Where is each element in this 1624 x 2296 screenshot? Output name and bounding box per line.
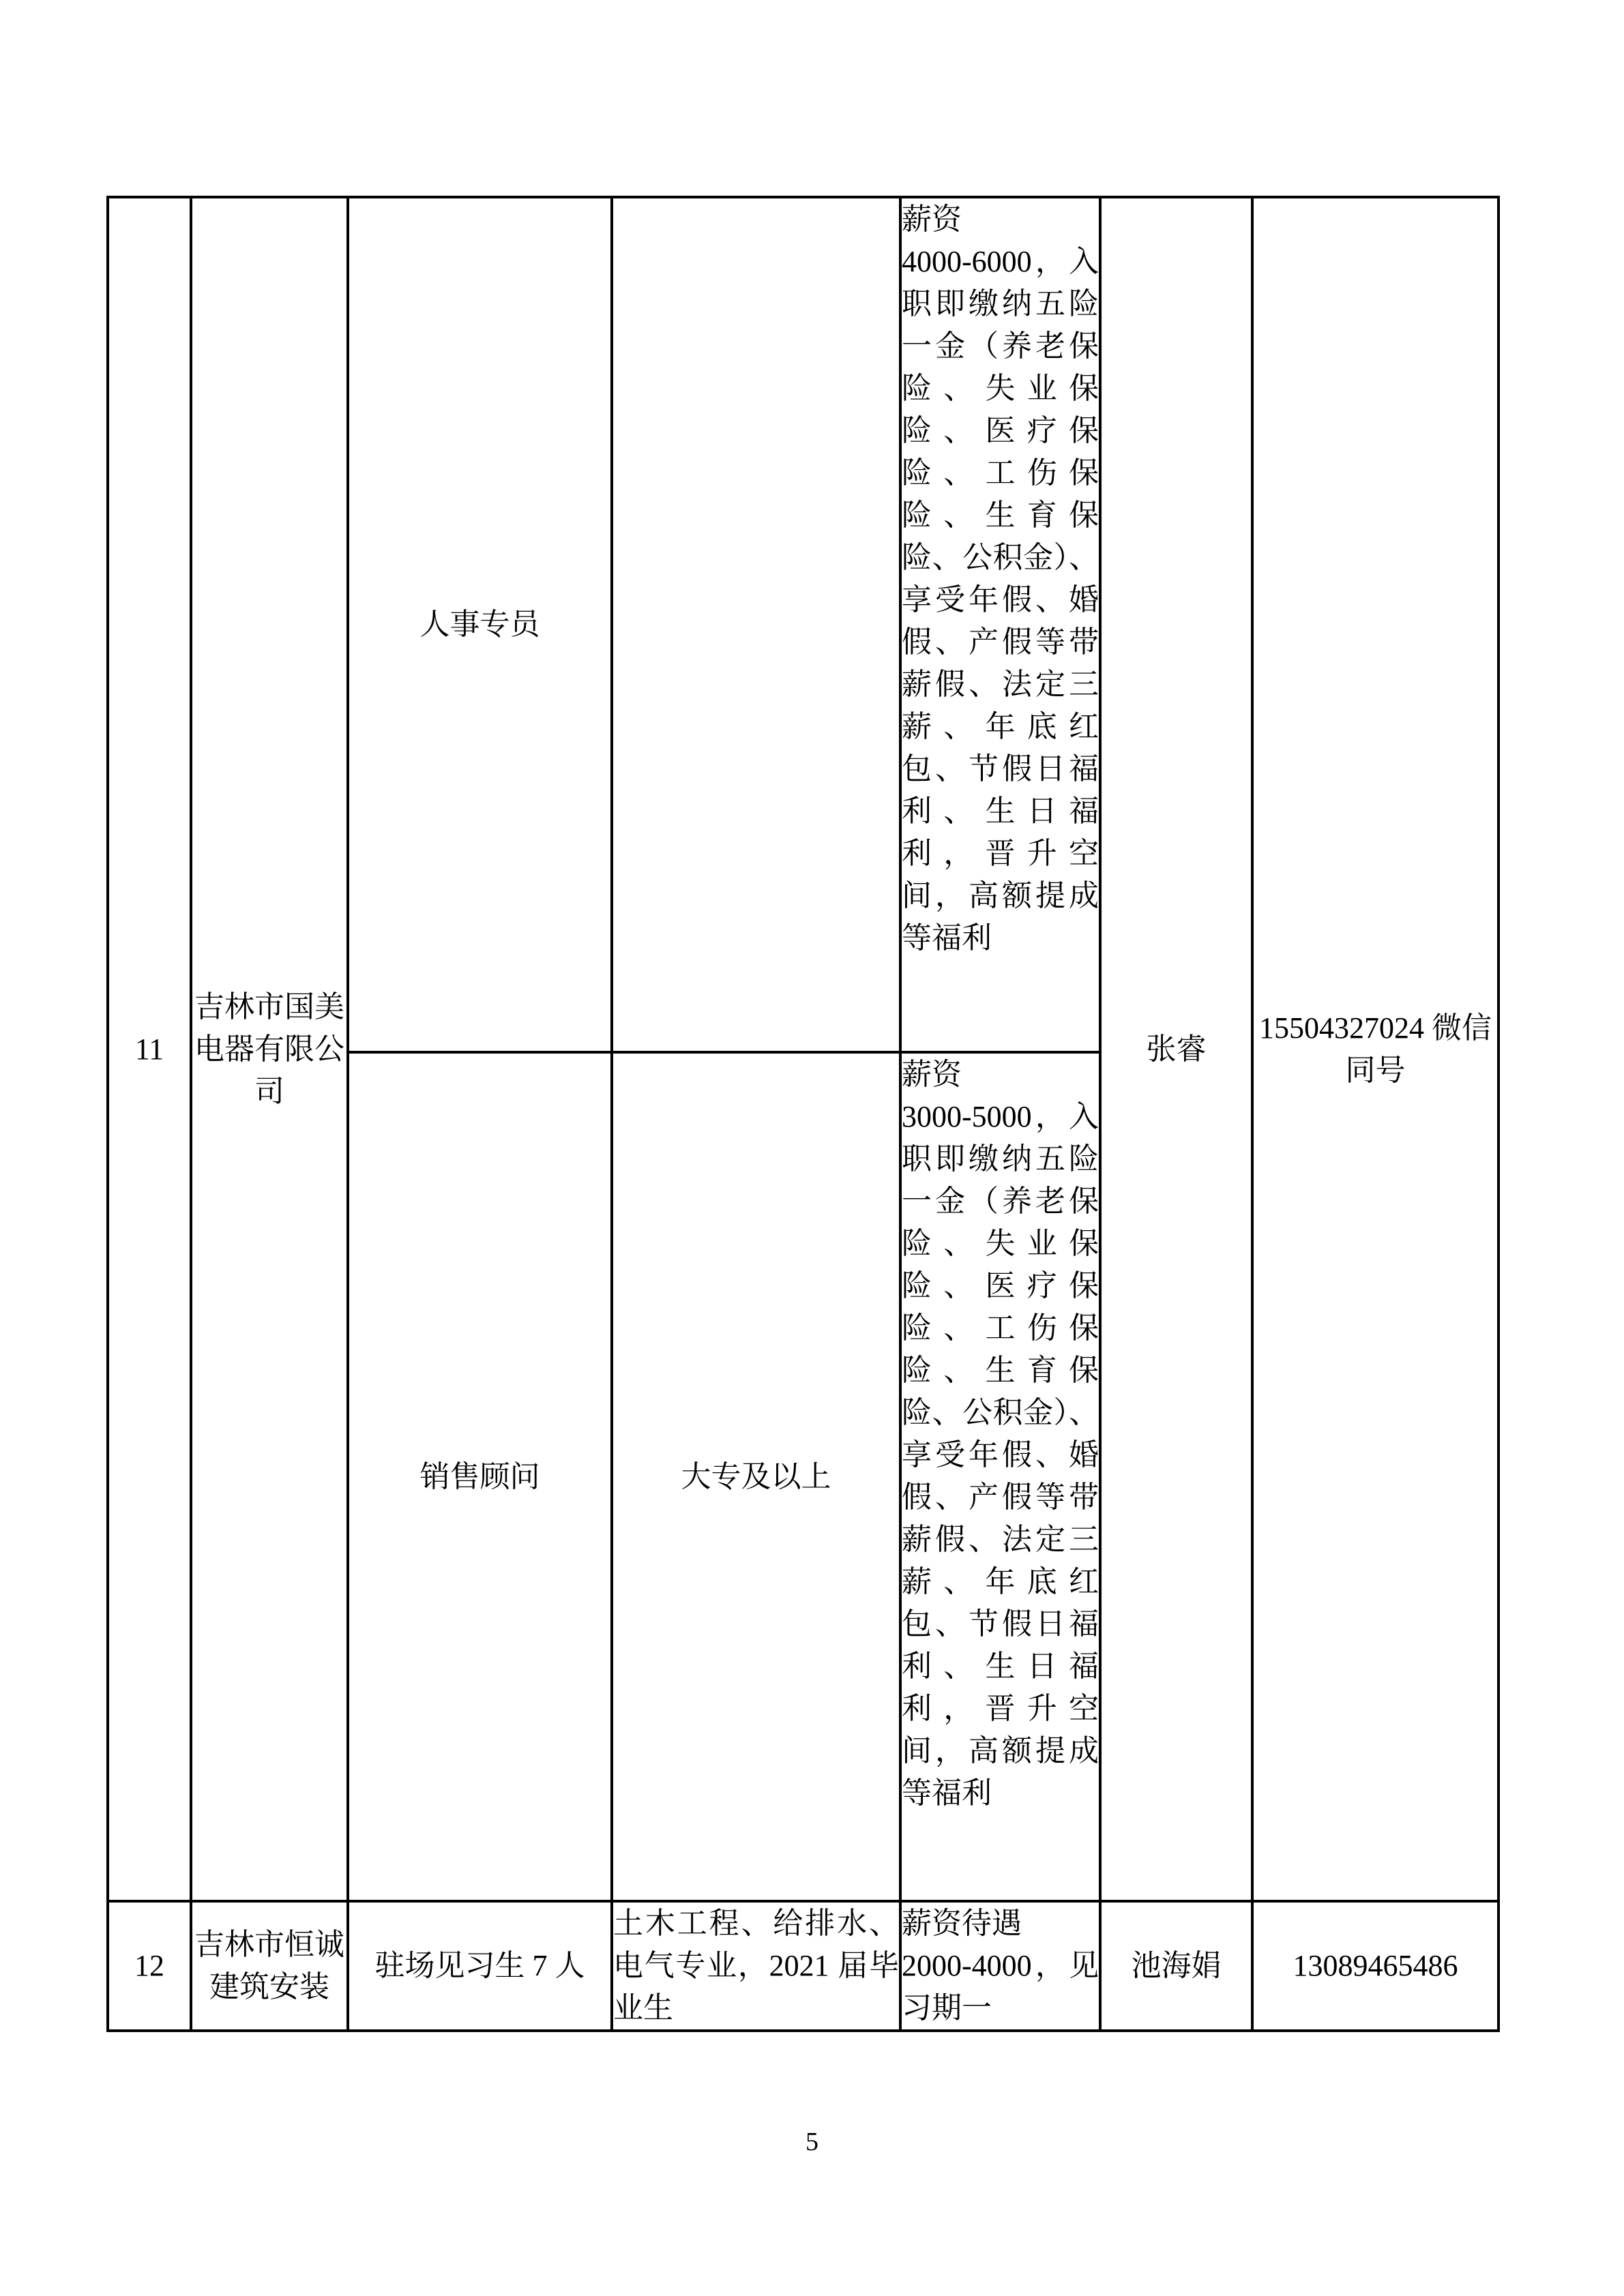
salary-benefits-cell: 薪资待遇 2000-4000，见习期一	[900, 1901, 1100, 2031]
document-page: 11 吉林市国美电器有限公司 人事专员 薪资 4000-6000，入职即缴纳五险…	[0, 0, 1624, 2296]
recruitment-table: 11 吉林市国美电器有限公司 人事专员 薪资 4000-6000，入职即缴纳五险…	[106, 196, 1500, 2032]
requirement-cell: 土木工程、给排水、电气专业，2021 届毕业生	[612, 1901, 900, 2031]
row-number-cell: 11	[108, 197, 191, 1901]
table-row-12: 12 吉林市恒诚建筑安装 驻场见习生 7 人 土木工程、给排水、电气专业，202…	[108, 1901, 1498, 2031]
position-cell: 销售顾问	[348, 1052, 612, 1901]
row-number-cell: 12	[108, 1901, 191, 2031]
phone-number-cell: 13089465486	[1252, 1901, 1498, 2031]
position-cell: 人事专员	[348, 197, 612, 1052]
requirement-cell	[612, 197, 900, 1052]
phone-number-cell: 15504327024 微信同号	[1252, 197, 1498, 1901]
requirement-cell: 大专及以上	[612, 1052, 900, 1901]
page-number: 5	[0, 2126, 1624, 2158]
table-row-11a: 11 吉林市国美电器有限公司 人事专员 薪资 4000-6000，入职即缴纳五险…	[108, 197, 1498, 1052]
position-cell: 驻场见习生 7 人	[348, 1901, 612, 2031]
company-name-cell: 吉林市国美电器有限公司	[191, 197, 348, 1901]
company-name-cell: 吉林市恒诚建筑安装	[191, 1901, 348, 2031]
salary-benefits-cell: 薪资 3000-5000，入职即缴纳五险一金（养老保险、失业保险、医疗保险、工伤…	[900, 1052, 1100, 1901]
contact-person-cell: 张睿	[1100, 197, 1252, 1901]
salary-benefits-cell: 薪资 4000-6000，入职即缴纳五险一金（养老保险、失业保险、医疗保险、工伤…	[900, 197, 1100, 1052]
contact-person-cell: 池海娟	[1100, 1901, 1252, 2031]
